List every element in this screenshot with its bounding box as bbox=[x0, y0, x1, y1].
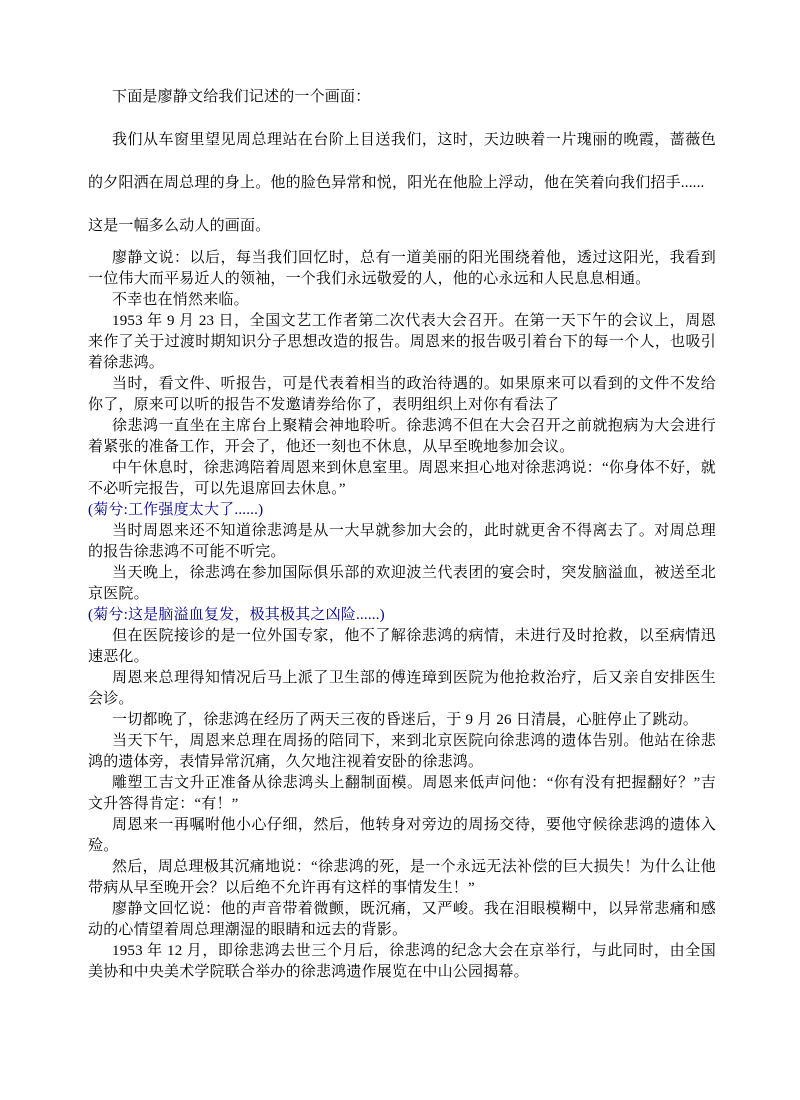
document-page: 下面是廖静文给我们记述的一个画面： 我们从车窗里望见周总理站在台阶上目送我们，这… bbox=[0, 0, 800, 1100]
paragraph: 周恩来总理得知情况后马上派了卫生部的傅连璋到医院为他抢救治疗，后又亲自安排医生会… bbox=[88, 668, 716, 710]
paragraph: 雕塑工吉文升正准备从徐悲鸿头上翻制面模。周恩来低声问他：“你有没有把握翻好？”吉… bbox=[88, 773, 716, 815]
paragraph: 中午休息时，徐悲鸿陪着周恩来到休息室里。周恩来担心地对徐悲鸿说：“你身体不好，就… bbox=[88, 458, 716, 500]
reader-annotation-note: (菊兮:这是脑溢血复发，极其极其之凶险......) bbox=[88, 605, 716, 626]
paragraph: 但在医院接诊的是一位外国专家，他不了解徐悲鸿的病情，未进行及时抢救，以至病情迅速… bbox=[88, 626, 716, 668]
paragraph: 一切都晚了，徐悲鸿在经历了两天三夜的昏迷后，于 9 月 26 日清晨，心脏停止了… bbox=[88, 710, 716, 731]
paragraph: 1953 年 9 月 23 日，全国文艺工作者第二次代表大会召开。在第一天下午的… bbox=[88, 311, 716, 374]
paragraph: 当时，看文件、听报告，可是代表着相当的政治待遇的。如果原来可以看到的文件不发给你… bbox=[88, 374, 716, 416]
paragraph-quoted-scene: 我们从车窗里望见周总理站在台阶上目送我们，这时，天边映着一片瑰丽的晚霞，蔷薇色的… bbox=[88, 119, 716, 205]
paragraph: 徐悲鸿一直坐在主席台上聚精会神地聆听。徐悲鸿不但在大会召开之前就抱病为大会进行着… bbox=[88, 416, 716, 458]
paragraph: 廖静文回忆说：他的声音带着微颤，既沉痛，又严峻。我在泪眼模糊中，以异常悲痛和感动… bbox=[88, 899, 716, 941]
paragraph: 当天晚上，徐悲鸿在参加国际俱乐部的欢迎波兰代表团的宴会时，突发脑溢血，被送至北京… bbox=[88, 563, 716, 605]
reader-annotation-note: (菊兮:工作强度太大了......) bbox=[88, 500, 716, 521]
paragraph: 周恩来一再嘱咐他小心仔细，然后，他转身对旁边的周扬交待，要他守候徐悲鸿的遗体入殓… bbox=[88, 815, 716, 857]
paragraph: 当时周恩来还不知道徐悲鸿是从一大早就参加大会的，此时就更舍不得离去了。对周总理的… bbox=[88, 521, 716, 563]
paragraph: 1953 年 12 月，即徐悲鸿去世三个月后，徐悲鸿的纪念大会在京举行，与此同时… bbox=[88, 941, 716, 983]
paragraph-remark: 这是一幅多么动人的画面。 bbox=[88, 205, 716, 248]
paragraph: 不幸也在悄然来临。 bbox=[88, 290, 716, 311]
document-text-area: 下面是廖静文给我们记述的一个画面： 我们从车窗里望见周总理站在台阶上目送我们，这… bbox=[88, 76, 716, 983]
paragraph: 当天下午，周恩来总理在周扬的陪同下，来到北京医院向徐悲鸿的遗体告别。他站在徐悲鸿… bbox=[88, 731, 716, 773]
paragraph: 然后，周总理极其沉痛地说：“徐悲鸿的死，是一个永远无法补偿的巨大损失！为什么让他… bbox=[88, 857, 716, 899]
paragraph: 廖静文说：以后，每当我们回忆时，总有一道美丽的阳光围绕着他，透过这阳光，我看到一… bbox=[88, 248, 716, 290]
paragraph-intro-lead: 下面是廖静文给我们记述的一个画面： bbox=[88, 76, 716, 119]
